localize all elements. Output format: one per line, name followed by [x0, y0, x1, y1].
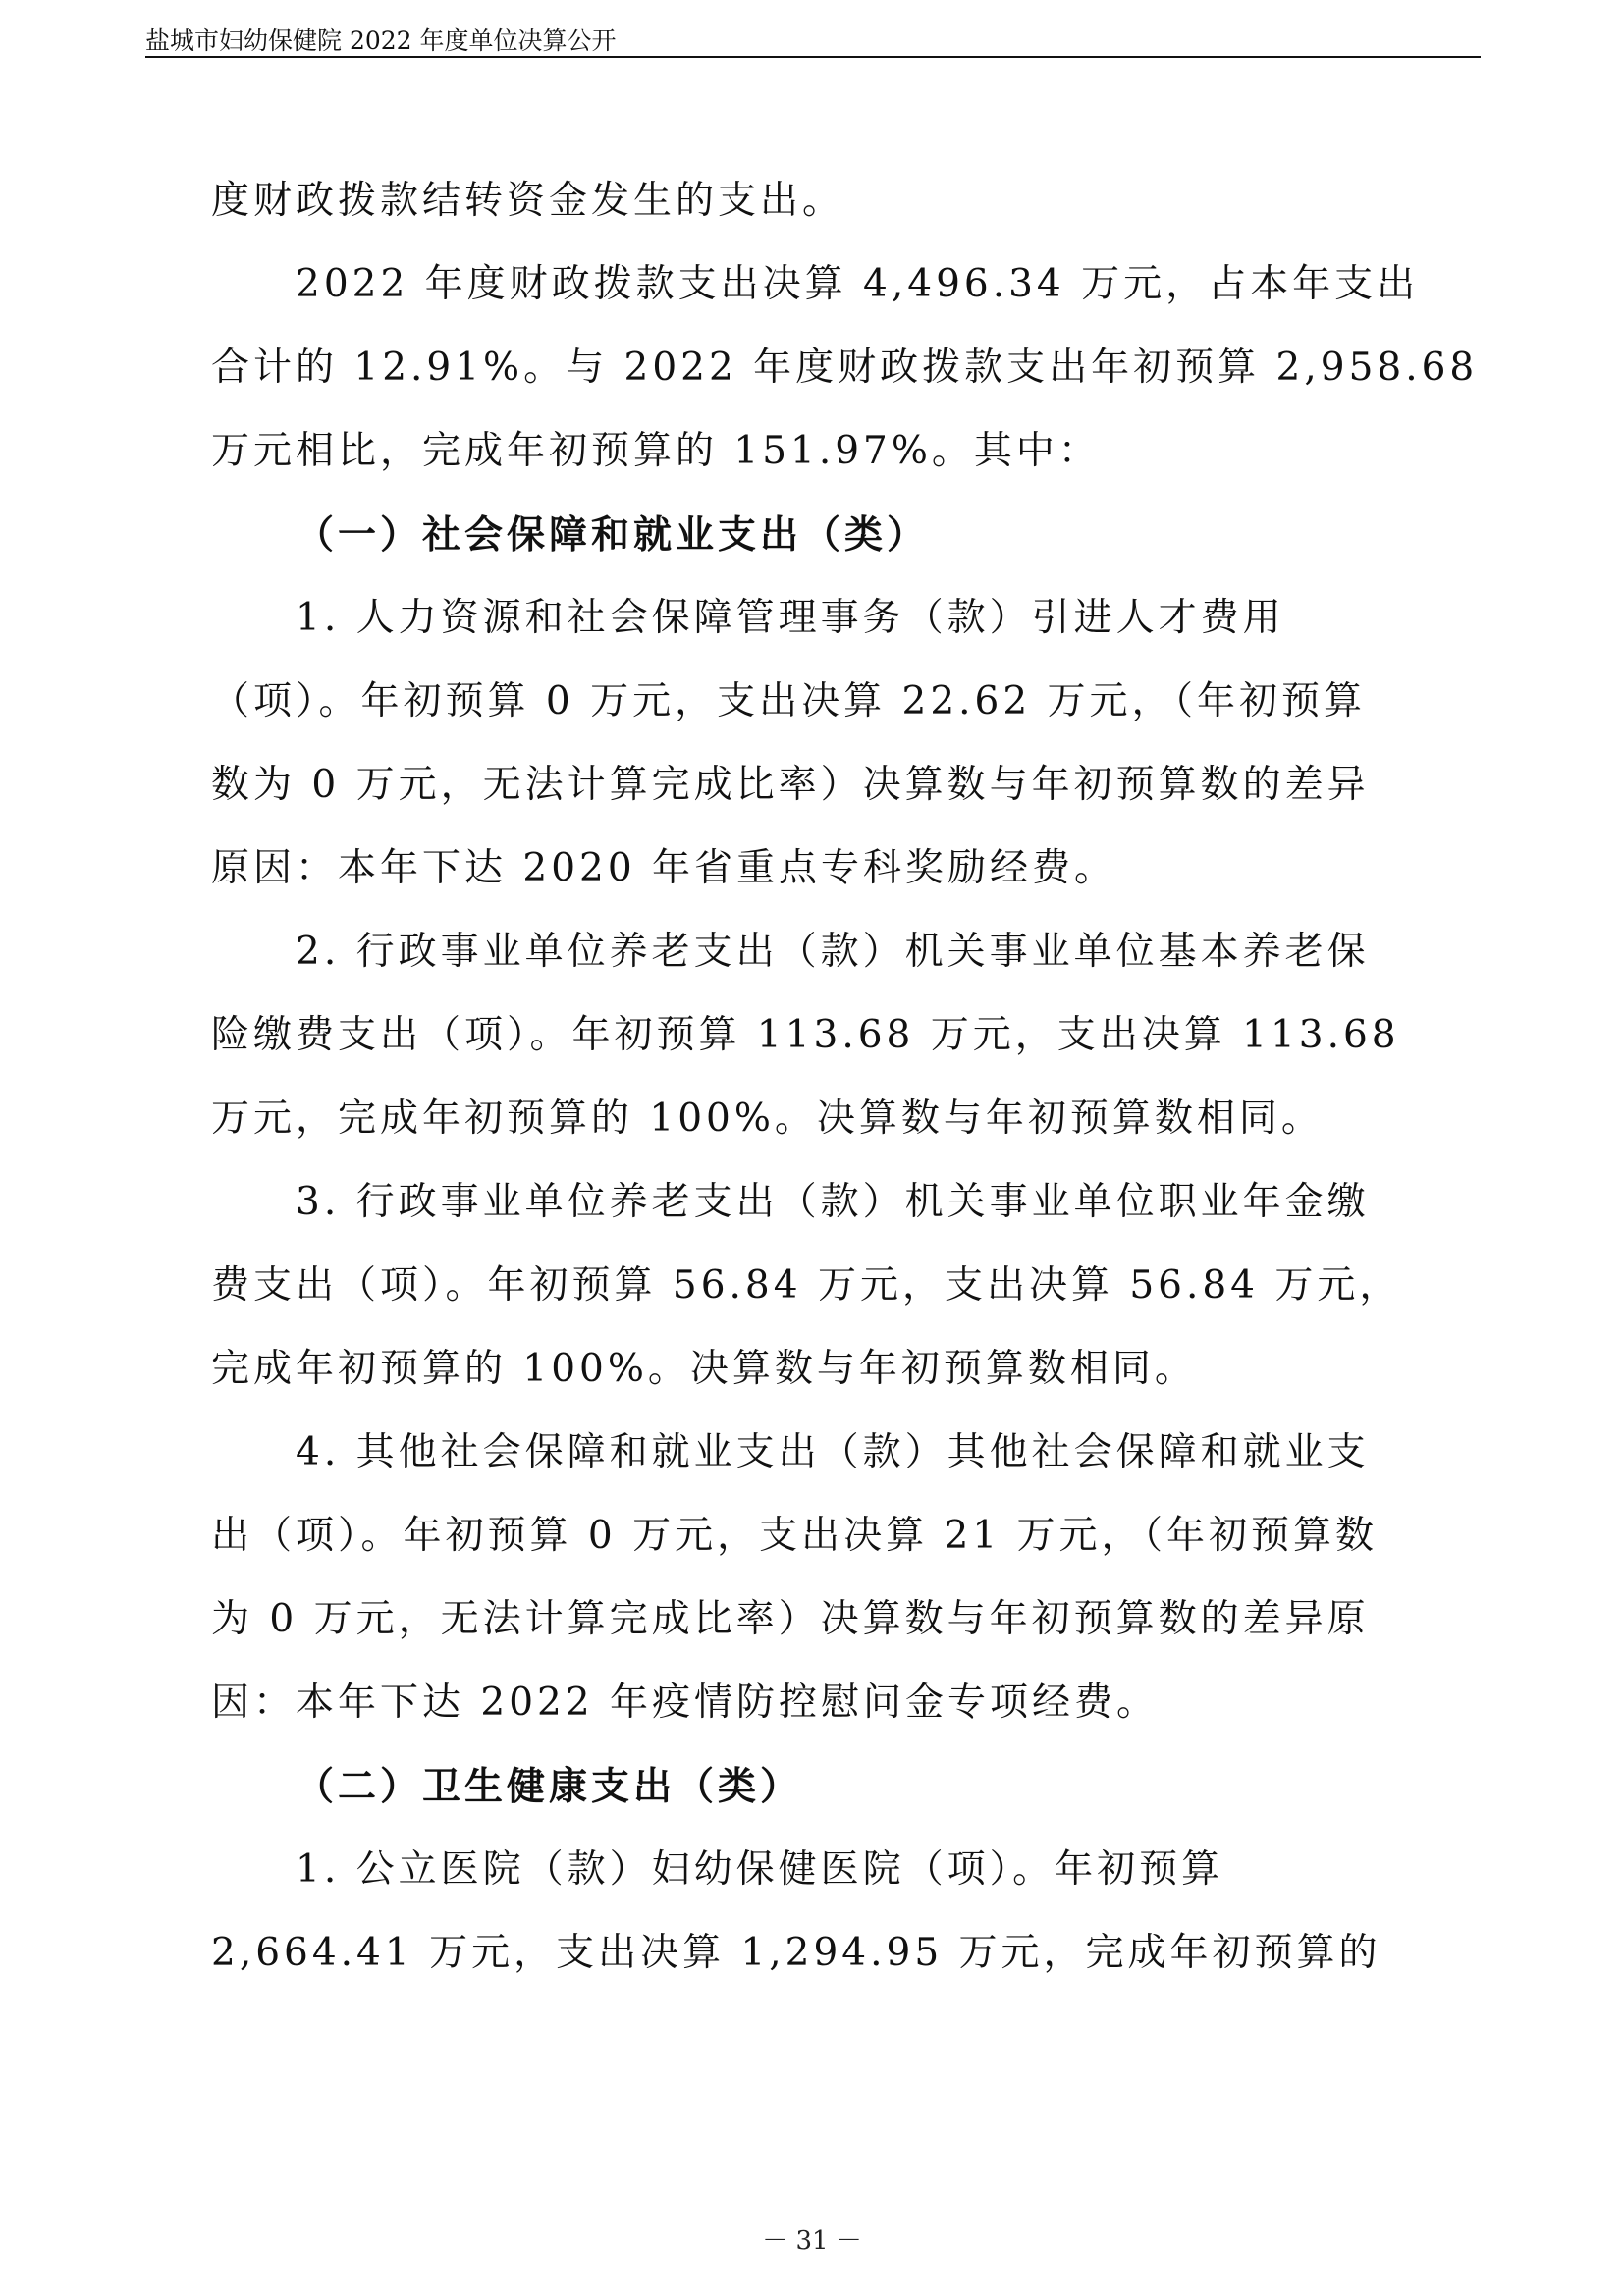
paragraph-line: 数为 0 万元，无法计算完成比率）决算数与年初预算数的差异 — [211, 761, 1370, 810]
paragraph-line: 2,664.41 万元，支出决算 1,294.95 万元，完成年初预算的 — [211, 1929, 1381, 1978]
paragraph-line: 1. 人力资源和社会保障管理事务（款）引进人才费用 — [296, 594, 1285, 643]
paragraph-line: 万元相比，完成年初预算的 151.97%。其中： — [211, 427, 1101, 476]
paragraph-line: （项）。年初预算 0 万元，支出决算 22.62 万元，（年初预算 — [211, 677, 1366, 726]
paragraph-line: 度财政拨款结转资金发生的支出。 — [211, 177, 844, 226]
paragraph-line: 因：本年下达 2022 年疫情防控慰问金专项经费。 — [211, 1679, 1159, 1728]
paragraph-line: 1. 公立医院（款）妇幼保健医院（项）。年初预算 — [296, 1845, 1223, 1895]
paragraph-line: 险缴费支出（项）。年初预算 113.68 万元，支出决算 113.68 — [211, 1011, 1400, 1060]
paragraph-line: 为 0 万元，无法计算完成比率）决算数与年初预算数的差异原 — [211, 1595, 1370, 1644]
paragraph-line: 2. 行政事业单位养老支出（款）机关事业单位基本养老保 — [296, 928, 1370, 977]
paragraph-line: 完成年初预算的 100%。决算数与年初预算数相同。 — [211, 1345, 1197, 1394]
paragraph-line: 合计的 12.91%。与 2022 年度财政拨款支出年初预算 2,958.68 — [211, 344, 1478, 393]
page-number: － 31 － — [0, 2220, 1624, 2257]
paragraph-line: 2022 年度财政拨款支出决算 4,496.34 万元，占本年支出 — [296, 260, 1419, 309]
section-heading: （二）卫生健康支出（类） — [296, 1762, 802, 1811]
paragraph-line: 原因：本年下达 2020 年省重点专科奖励经费。 — [211, 844, 1116, 893]
paragraph-line: 费支出（项）。年初预算 56.84 万元，支出决算 56.84 万元， — [211, 1261, 1401, 1310]
document-header-title: 盐城市妇幼保健院 2022 年度单位决算公开 — [145, 22, 1481, 57]
section-heading: （一）社会保障和就业支出（类） — [296, 510, 929, 560]
header-divider — [145, 56, 1481, 58]
paragraph-line: 出（项）。年初预算 0 万元，支出决算 21 万元，（年初预算数 — [211, 1512, 1378, 1561]
paragraph-line: 3. 行政事业单位养老支出（款）机关事业单位职业年金缴 — [296, 1178, 1370, 1227]
paragraph-line: 万元，完成年初预算的 100%。决算数与年初预算数相同。 — [211, 1095, 1324, 1144]
paragraph-line: 4. 其他社会保障和就业支出（款）其他社会保障和就业支 — [296, 1428, 1370, 1477]
